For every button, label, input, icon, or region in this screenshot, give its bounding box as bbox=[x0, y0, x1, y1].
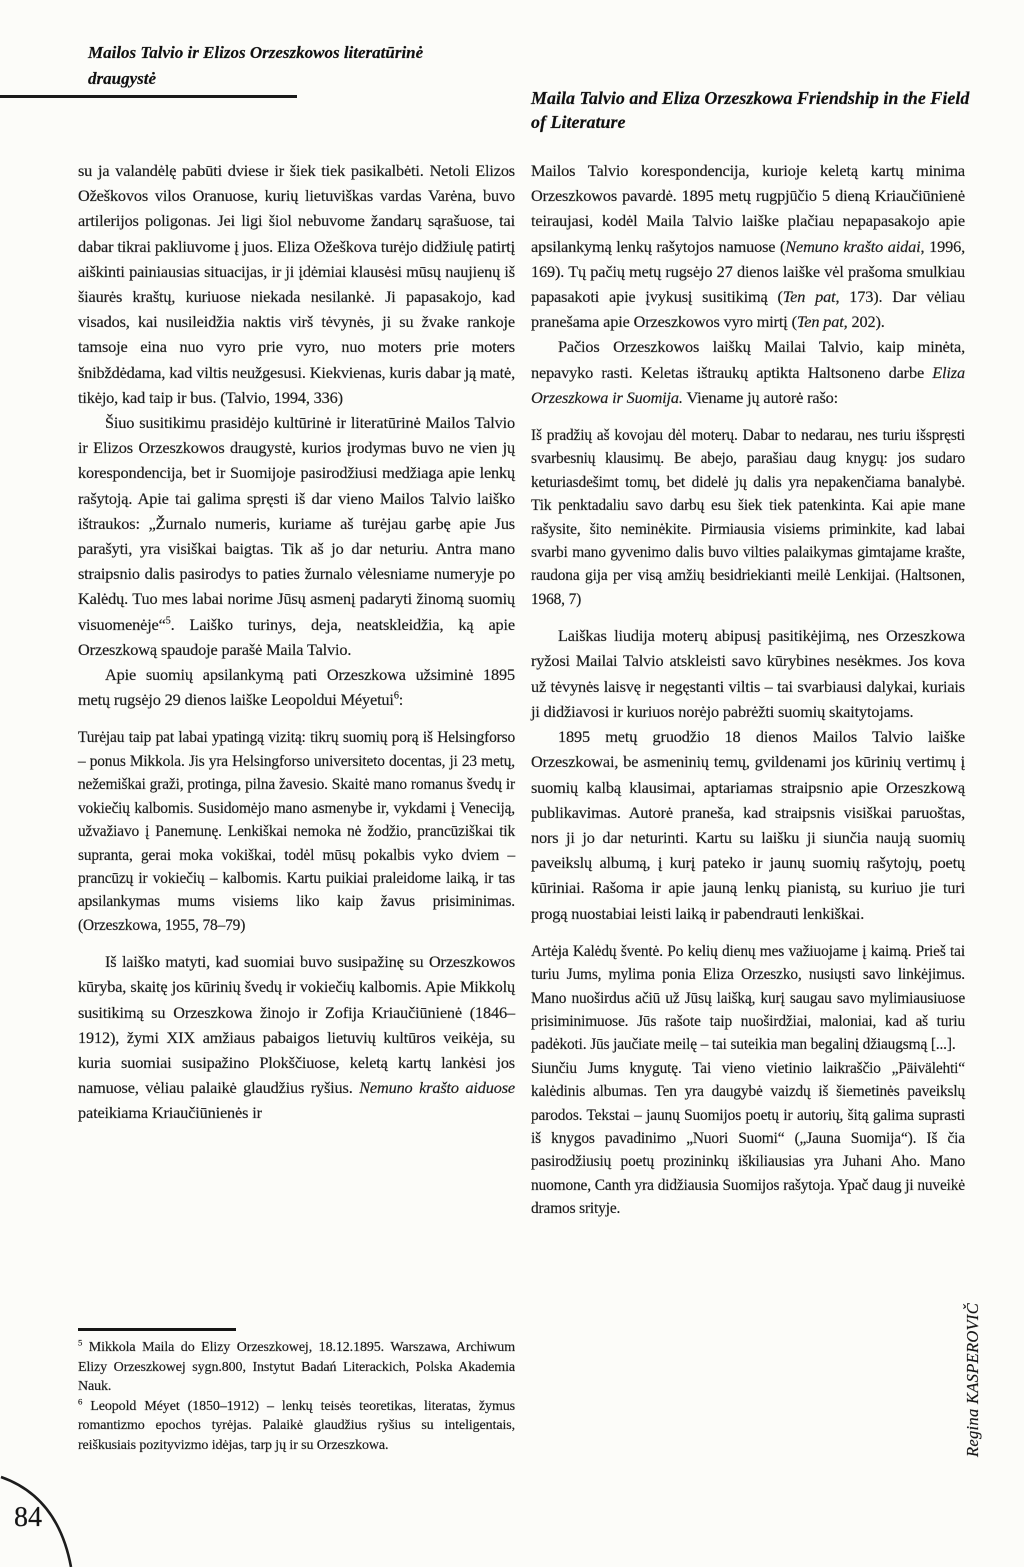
text-segment: Iš laiško matyti, kad suomiai buvo susip… bbox=[78, 952, 515, 1097]
text-segment: Apie suomių apsilankymą pati Orzeszkowa … bbox=[78, 665, 515, 709]
italic-text-segment: Ten pat bbox=[783, 287, 836, 306]
article-title-lithuanian: Mailos Talvio ir Elizos Orzeszkowos lite… bbox=[88, 40, 488, 92]
text-segment: su ja valandėlę pabūti dviese ir šiek ti… bbox=[78, 161, 515, 407]
paragraph: Pačios Orzeszkowos laiškų Mailai Talvio,… bbox=[531, 334, 965, 410]
left-column: su ja valandėlę pabūti dviese ir šiek ti… bbox=[78, 158, 515, 1126]
italic-text-segment: Ten pat bbox=[797, 312, 844, 331]
paragraph: Šiuo susitikimu prasidėjo kultūrinė ir l… bbox=[78, 410, 515, 662]
italic-text-segment: Nemuno krašto aiduose bbox=[359, 1078, 515, 1097]
block-quote: Turėjau taip pat labai ypatingą vizitą: … bbox=[78, 726, 515, 937]
footnote-separator-rule bbox=[78, 1328, 236, 1331]
title-underline-rule bbox=[0, 95, 297, 98]
footnote-list: 5 Mikkola Maila do Elizy Orzeszkowej, 18… bbox=[78, 1338, 515, 1455]
text-segment: , 202). bbox=[844, 312, 885, 331]
footnotes-section: 5 Mikkola Maila do Elizy Orzeszkowej, 18… bbox=[78, 1328, 515, 1455]
text-segment: Mikkola Maila do Elizy Orzeszkowej, 18.1… bbox=[78, 1340, 515, 1394]
paragraph: 1895 metų gruodžio 18 dienos Mailos Talv… bbox=[531, 724, 965, 926]
text-segment: Leopold Méyet (1850–1912) – lenkų teisės… bbox=[78, 1399, 515, 1453]
text-segment: Turėjau taip pat labai ypatingą vizitą: … bbox=[78, 729, 515, 933]
author-name-vertical: Regina KASPEROVIČ bbox=[963, 1282, 983, 1457]
footnote: 6 Leopold Méyet (1850–1912) – lenkų teis… bbox=[78, 1397, 515, 1456]
text-segment: Artėja Kalėdų šventė. Po kelių dienų mes… bbox=[531, 943, 965, 1054]
right-column: Mailos Talvio korespondencija, kurioje k… bbox=[531, 158, 965, 1233]
block-quote: Iš pradžių aš kovojau dėl moterų. Dabar … bbox=[531, 424, 965, 611]
text-segment: Siunčiu Jums knygutę. Tai vieno vietinio… bbox=[531, 1060, 965, 1217]
article-title-english: Maila Talvio and Eliza Orzeszkowa Friend… bbox=[531, 86, 981, 134]
paragraph: Iš laiško matyti, kad suomiai buvo susip… bbox=[78, 949, 515, 1125]
italic-text-segment: Nemuno krašto aidai bbox=[785, 237, 920, 256]
text-segment: Šiuo susitikimu prasidėjo kultūrinė ir l… bbox=[78, 413, 515, 634]
text-segment: pateikiama Kriaučiūnienės ir bbox=[78, 1103, 262, 1122]
text-segment: Pačios Orzeszkowos laiškų Mailai Talvio,… bbox=[531, 337, 965, 381]
paragraph: Mailos Talvio korespondencija, kurioje k… bbox=[531, 158, 965, 334]
corner-arc-mark bbox=[0, 1447, 90, 1567]
paragraph: su ja valandėlę pabūti dviese ir šiek ti… bbox=[78, 158, 515, 410]
block-quote: Siunčiu Jums knygutę. Tai vieno vietinio… bbox=[531, 1057, 965, 1221]
footnote: 5 Mikkola Maila do Elizy Orzeszkowej, 18… bbox=[78, 1338, 515, 1397]
scanned-page: Mailos Talvio ir Elizos Orzeszkowos lite… bbox=[0, 0, 1024, 1567]
paragraph: Apie suomių apsilankymą pati Orzeszkowa … bbox=[78, 662, 515, 712]
text-segment: Viename jų autorė rašo: bbox=[683, 388, 838, 407]
text-segment: 1895 metų gruodžio 18 dienos Mailos Talv… bbox=[531, 727, 965, 922]
text-segment: : bbox=[399, 690, 403, 709]
text-segment: Laiškas liudija moterų abipusį pasitikėj… bbox=[531, 626, 965, 721]
text-segment: Iš pradžių aš kovojau dėl moterų. Dabar … bbox=[531, 427, 965, 608]
block-quote: Artėja Kalėdų šventė. Po kelių dienų mes… bbox=[531, 940, 965, 1057]
paragraph: Laiškas liudija moterų abipusį pasitikėj… bbox=[531, 623, 965, 724]
